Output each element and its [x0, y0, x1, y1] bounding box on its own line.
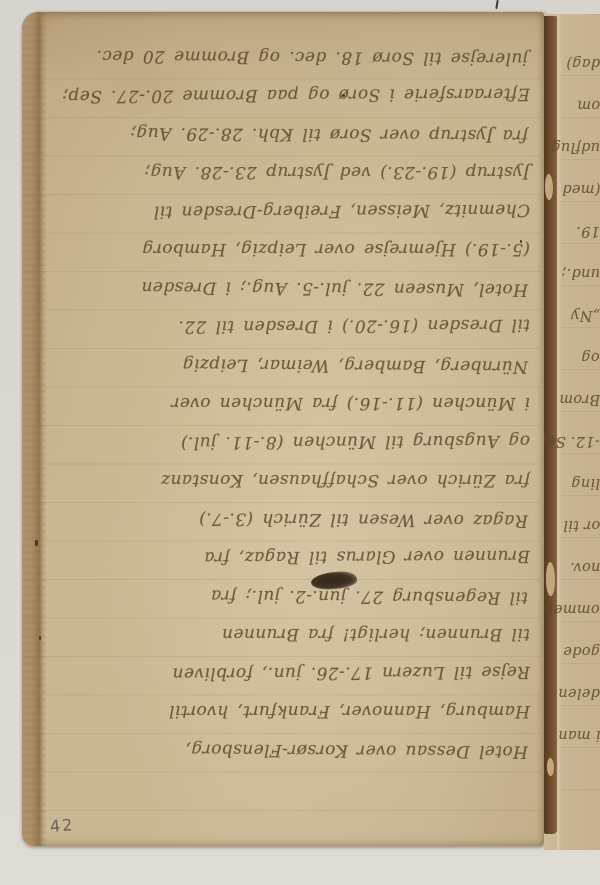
fragment-line: ling — [559, 462, 600, 504]
fragment-line: gode — [559, 630, 600, 672]
fragment-line: delen — [559, 672, 600, 714]
torn-paper-bump — [545, 174, 553, 200]
handwriting-line: Hamburg, Hannover, Frankfurt, hvortil — [36, 692, 530, 731]
ink-speck — [342, 94, 345, 97]
fragment-line: 19. — [559, 210, 600, 252]
torn-paper-bump — [546, 562, 555, 596]
ink-speck — [520, 240, 522, 243]
handwriting-line: Hotel Dessau over Korsør-Flensborg, — [34, 729, 528, 771]
adjacent-page: dag) om udflug (med 19. und.; „Ny og Bro… — [544, 14, 600, 850]
fragment-line: „Ny — [559, 294, 600, 336]
handwriting-line: fra Zürich over Schaffhausen, Konstanz — [36, 461, 530, 500]
fragment-line: udflug — [559, 126, 600, 168]
adjacent-handwriting-fragments: dag) om udflug (med 19. und.; „Ny og Bro… — [559, 42, 600, 756]
handwriting-line: Brunnen over Glarus til Ragaz, fra — [36, 537, 530, 578]
handwriting-line: til Dresden (16.-20.) i Dresden til 22. — [36, 306, 530, 347]
handwriting-line: (5.-19.) Hjemrejse over Leipzig, Hamborg — [36, 230, 530, 269]
handwriting-line: Chemnitz, Meissen, Freiberg-Dresden til — [36, 190, 530, 231]
binding-thread — [495, 0, 498, 9]
fragment-line: i man — [559, 714, 600, 756]
fragment-line: (med — [559, 168, 600, 210]
handwriting-line: fra Jystrup over Sorø til Kbh. 28.-29. A… — [34, 113, 528, 155]
fragment-line: -12. Sep — [559, 420, 600, 462]
handwriting-line: julerejse til Sorø 18. dec. og Bromme 20… — [34, 36, 528, 78]
handwriting-line: Nürnberg, Bamberg, Weimar, Leipzig — [34, 344, 528, 386]
fragment-line: ommen — [559, 588, 600, 630]
handwriting-line: Ragaz over Wesen til Zürich (3.-7.) — [34, 498, 528, 540]
handwriting-line: i München (11.-16.) fra München over — [36, 384, 530, 423]
page-number: 42 — [49, 815, 75, 836]
handwriting-line: Efteraarsferie i Sorø og paa Bromme 20.-… — [36, 75, 530, 116]
fragment-line: om — [559, 84, 600, 126]
handwriting-line: og Augsburg til München (8.-11. jul.) — [36, 421, 530, 462]
torn-paper-bump — [547, 758, 554, 776]
fragment-line: nov. — [559, 546, 600, 588]
fragment-line: Brom — [559, 378, 600, 420]
fragment-line: und.; — [559, 252, 600, 294]
handwriting-line: Jystrup (19.-23.) ved Jystrup 23.-28. Au… — [36, 153, 530, 192]
notebook-page: Hotel Dessau over Korsør-Flensborg, Hamb… — [22, 12, 544, 846]
scanned-notebook-photo: Hotel Dessau over Korsør-Flensborg, Hamb… — [0, 0, 600, 885]
fragment-line: og — [559, 336, 600, 378]
fragment-line: dag) — [559, 42, 600, 84]
ink-speck — [35, 540, 38, 546]
handwriting-block: Hotel Dessau over Korsør-Flensborg, Hamb… — [36, 38, 530, 769]
handwriting-line: Hotel, Museen 22. jul.-5. Aug.; i Dresde… — [34, 267, 528, 309]
handwriting-line: til Regensburg 27. jun.-2. jul.; fra — [34, 575, 528, 617]
handwriting-line: Rejse til Luzern 17.-26. jun., forbliven — [36, 652, 530, 693]
handwriting-line: til Brunnen; herligt! fra Brunnen — [36, 615, 530, 654]
ink-speck — [39, 636, 41, 640]
fragment-line: or til — [559, 504, 600, 546]
